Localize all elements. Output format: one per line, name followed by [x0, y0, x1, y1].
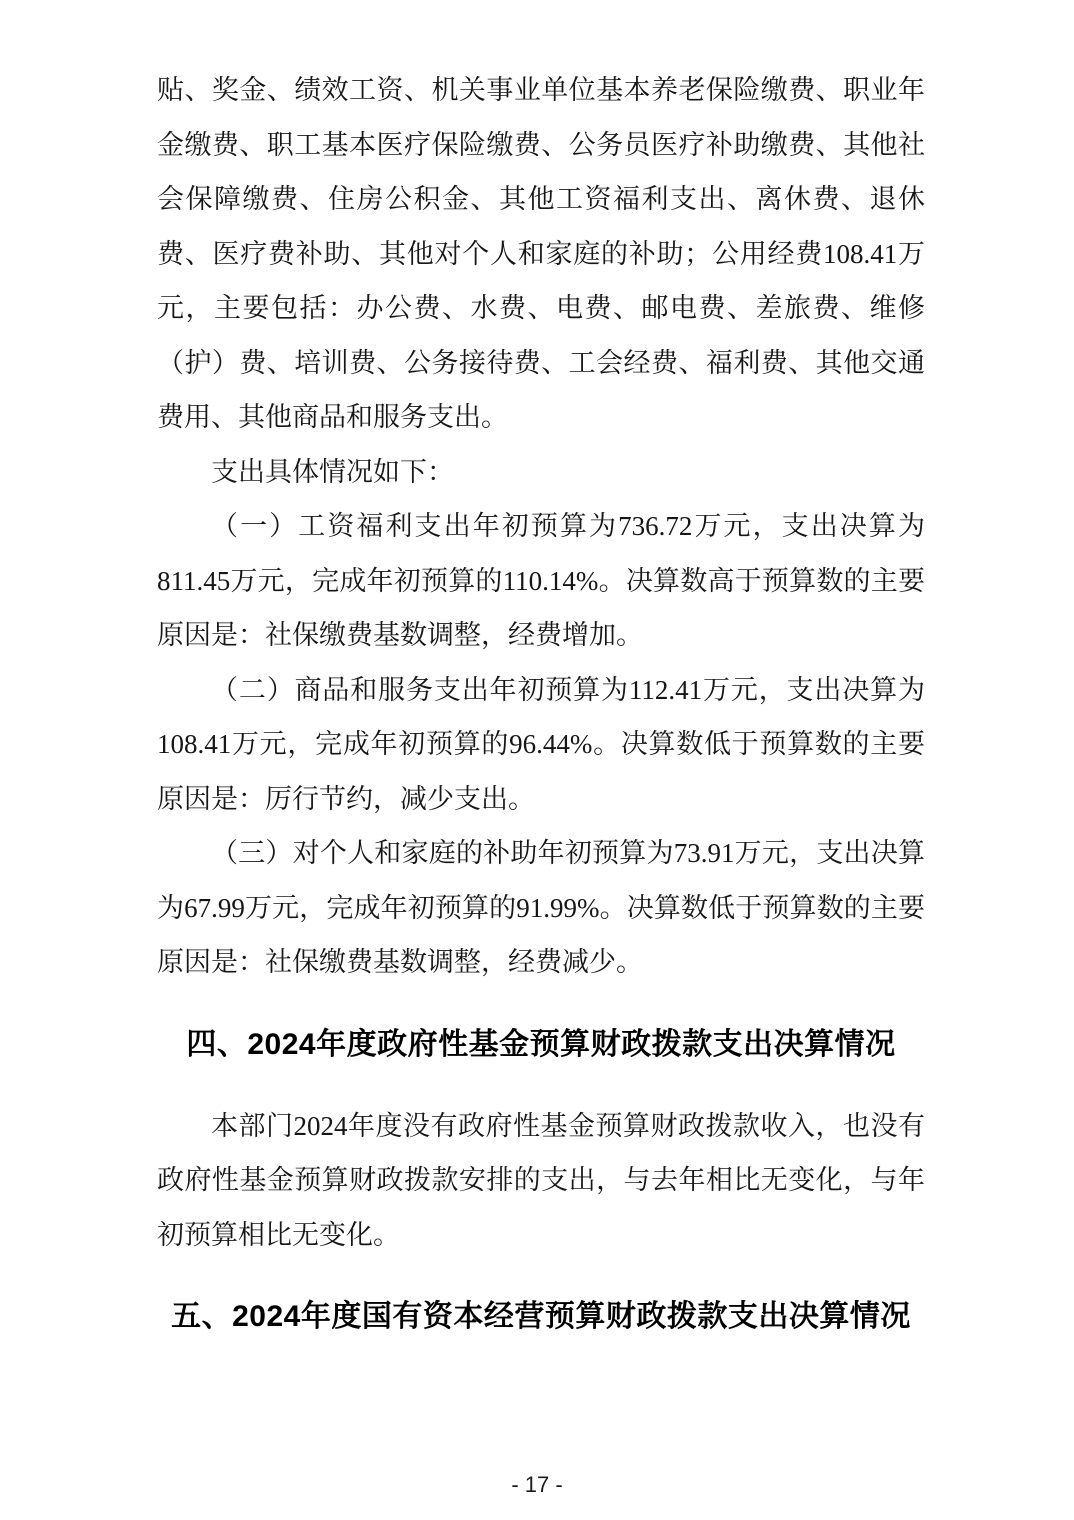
body-paragraph-item-1: （一）工资福利支出年初预算为736.72万元，支出决算为811.45万元，完成年…: [157, 499, 925, 663]
page-number: - 17 -: [0, 1472, 1074, 1498]
body-paragraph-intro: 支出具体情况如下：: [157, 445, 925, 500]
body-paragraph-section-4: 本部门2024年度没有政府性基金预算财政拨款收入，也没有政府性基金预算财政拨款安…: [157, 1099, 925, 1263]
document-body: 贴、奖金、绩效工资、机关事业单位基本养老保险缴费、职业年金缴费、职工基本医疗保险…: [157, 63, 925, 1371]
section-heading-4: 四、2024年度政府性基金预算财政拨款支出决算情况: [157, 1017, 925, 1072]
body-paragraph-item-2: （二）商品和服务支出年初预算为112.41万元，支出决算为108.41万元，完成…: [157, 663, 925, 827]
document-page: 贴、奖金、绩效工资、机关事业单位基本养老保险缴费、职业年金缴费、职工基本医疗保险…: [0, 0, 1074, 1520]
body-paragraph-continuation: 贴、奖金、绩效工资、机关事业单位基本养老保险缴费、职业年金缴费、职工基本医疗保险…: [157, 63, 925, 445]
section-heading-5: 五、2024年度国有资本经营预算财政拨款支出决算情况: [157, 1289, 925, 1344]
body-paragraph-item-3: （三）对个人和家庭的补助年初预算为73.91万元，支出决算为67.99万元，完成…: [157, 826, 925, 990]
